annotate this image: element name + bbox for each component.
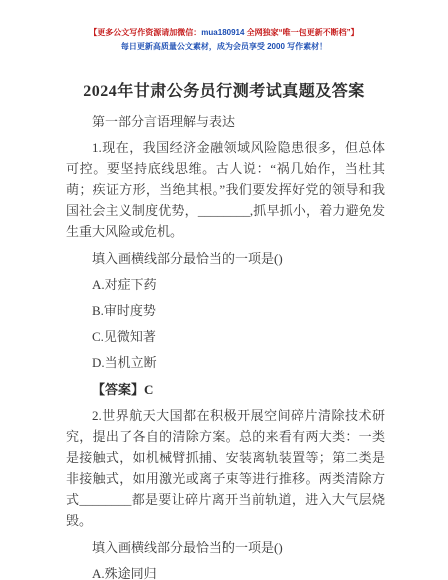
- question-1-prompt: 填入画横线部分最恰当的一项是(): [66, 248, 385, 269]
- page-number: 1: [0, 540, 448, 551]
- promo-line1-suffix: 全网独家“唯一包更新不断档”】: [244, 28, 358, 37]
- promo-wechat-id: mua180914: [201, 28, 244, 37]
- question-2-stem: 2.世界航天大国都在积极开展空间碎片清除技术研究，提出了各自的清除方案。总的来看…: [66, 405, 385, 531]
- document-body: 第一部分言语理解与表达 1.现在，我国经济金融领域风险隐患很多，但总体可控。要坚…: [66, 111, 385, 580]
- promo-notice: 【更多公文写作资源请加微信：mua180914 全网独家“唯一包更新不断档”】 …: [0, 26, 448, 54]
- question-1-option-c: C.见微知著: [66, 326, 385, 347]
- promo-notice-line2: 每日更新高质量公文素材，成为会员享受 2000 写作素材！: [0, 40, 448, 54]
- question-2-option-a: A.殊途同归: [66, 563, 385, 580]
- page-title: 2024年甘肃公务员行测考试真题及答案: [20, 82, 428, 102]
- promo-notice-line1: 【更多公文写作资源请加微信：mua180914 全网独家“唯一包更新不断档”】: [0, 26, 448, 40]
- document-page: 【更多公文写作资源请加微信：mua180914 全网独家“唯一包更新不断档”】 …: [0, 0, 448, 580]
- section-heading: 第一部分言语理解与表达: [66, 111, 385, 132]
- question-1-option-d: D.当机立断: [66, 352, 385, 373]
- promo-line1-prefix: 【更多公文写作资源请加微信：: [89, 28, 201, 37]
- question-1-answer: 【答案】C: [66, 379, 385, 400]
- question-1-option-a: A.对症下药: [66, 274, 385, 295]
- question-1-stem: 1.现在，我国经济金融领域风险隐患很多，但总体可控。要坚持底线思维。古人说：“祸…: [66, 137, 385, 242]
- question-1-option-b: B.审时度势: [66, 300, 385, 321]
